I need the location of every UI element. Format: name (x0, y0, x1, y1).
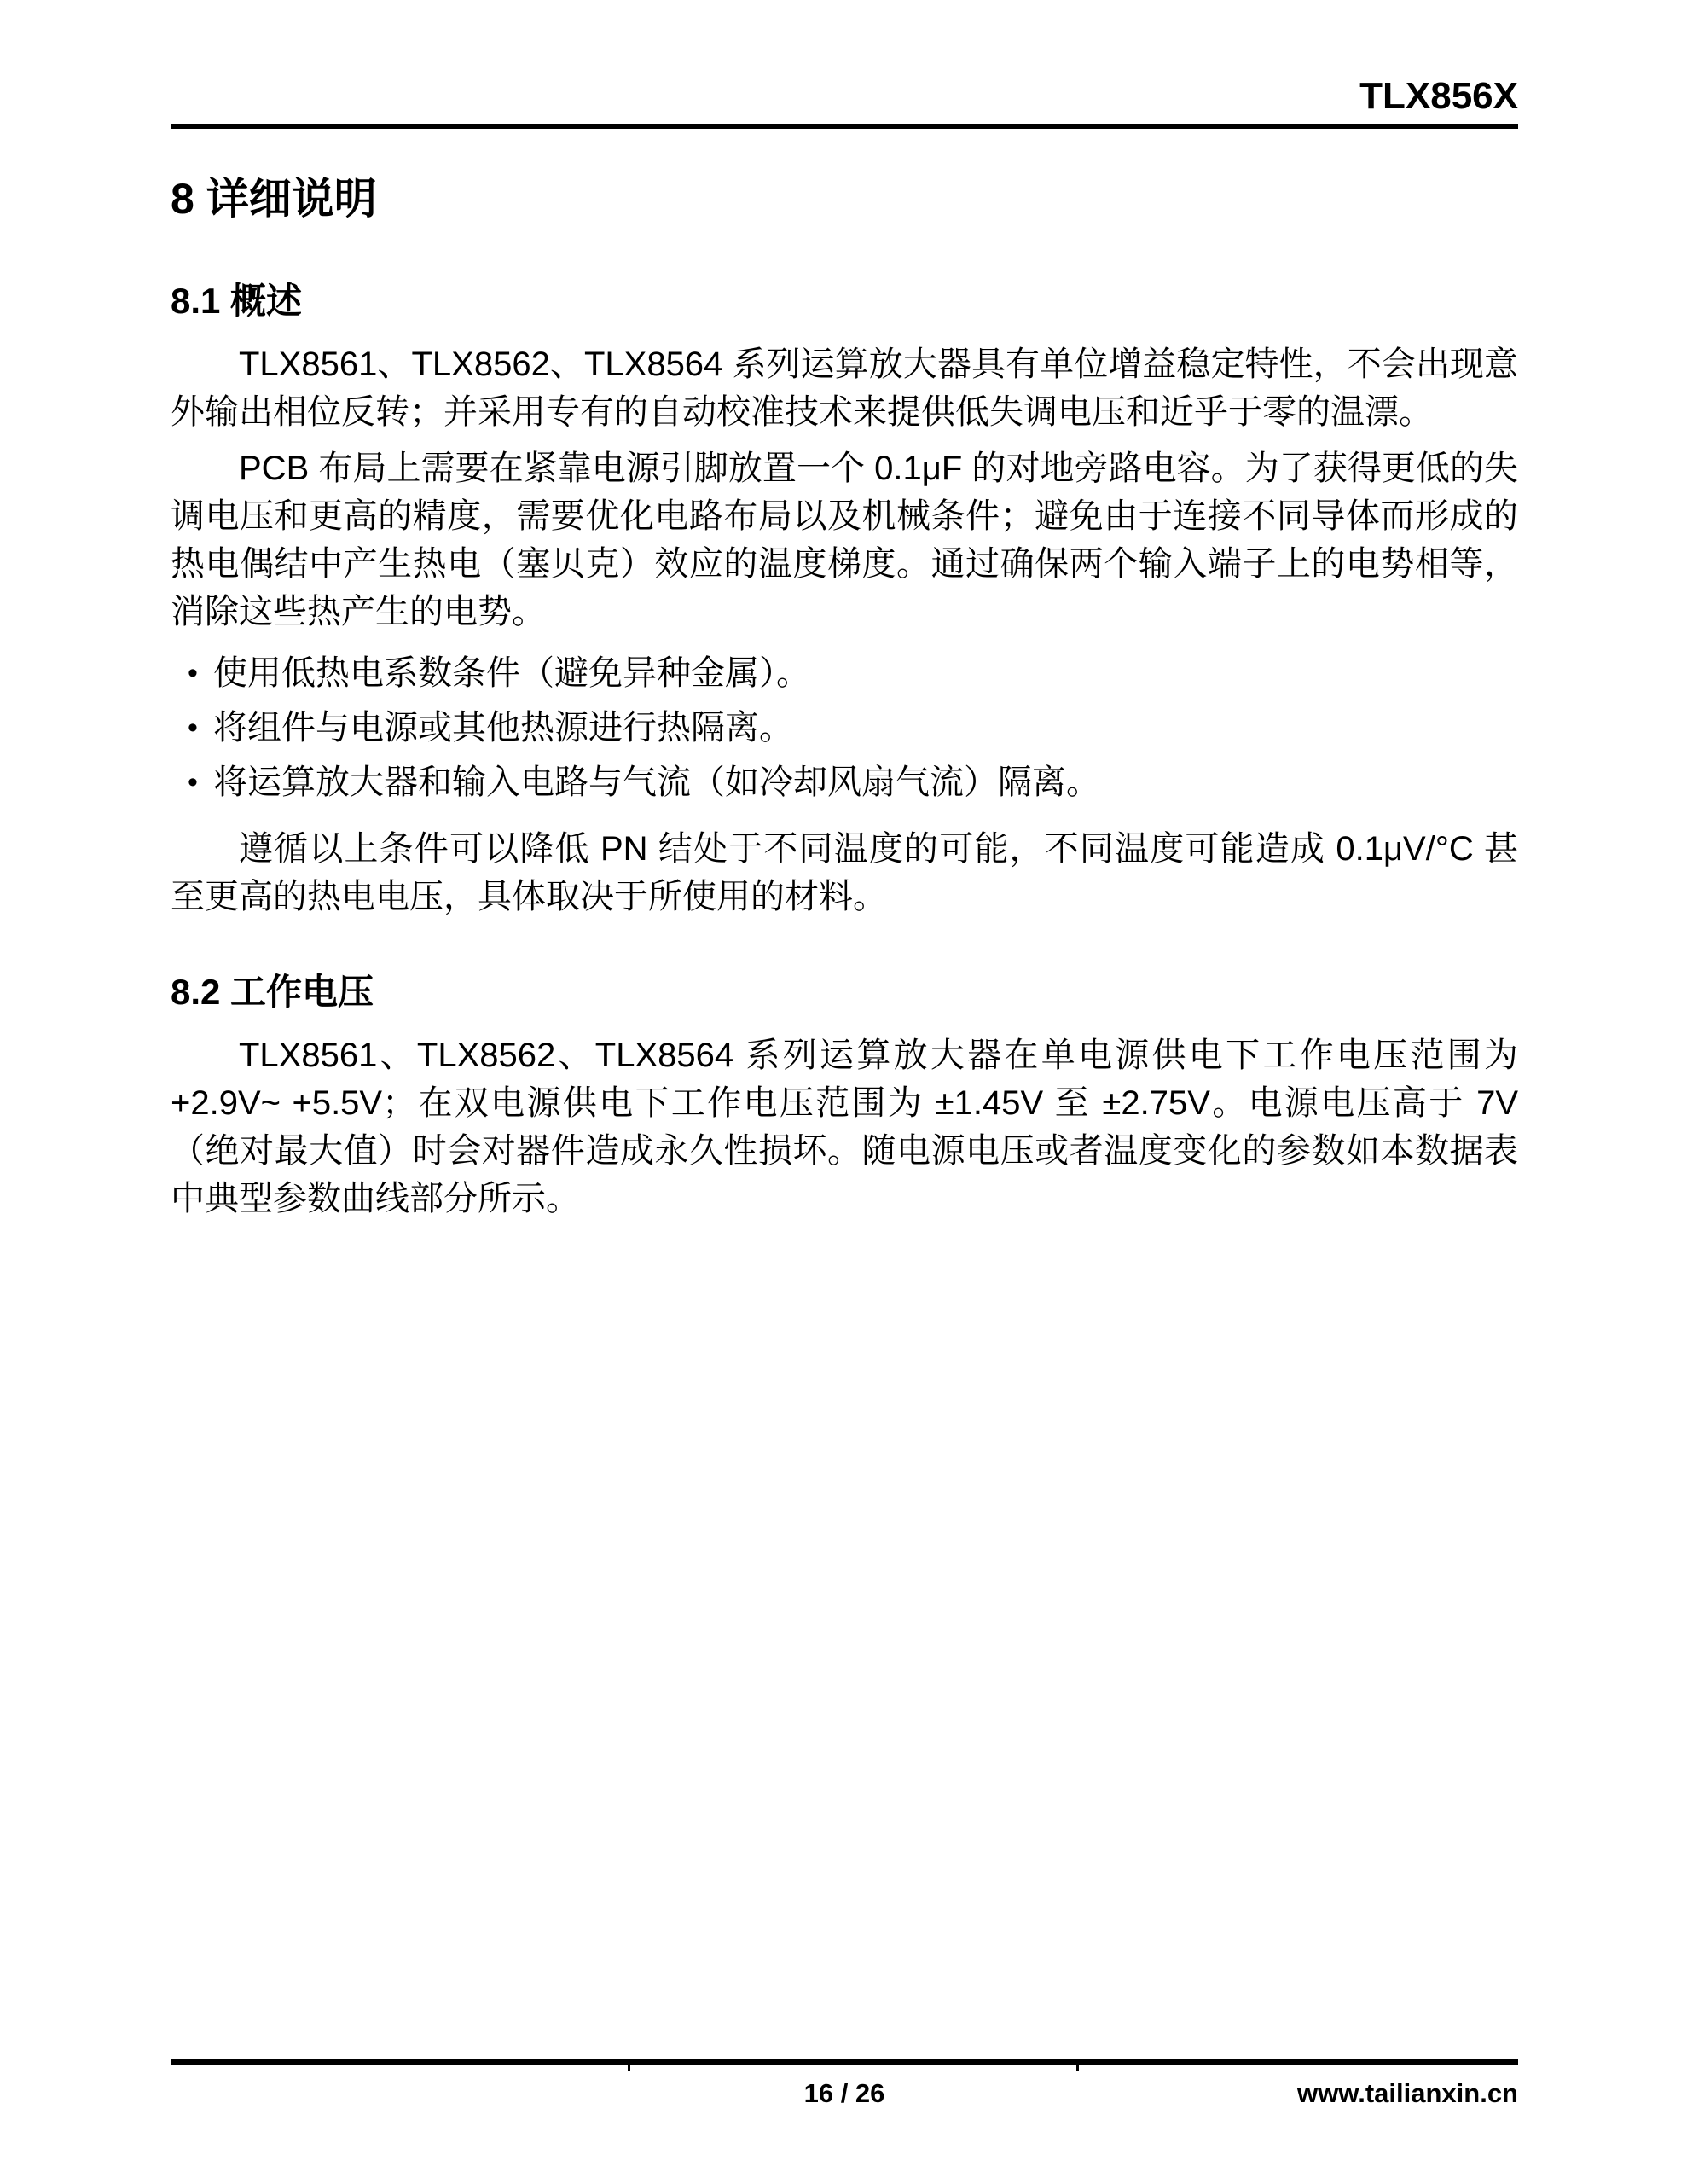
page-content: 8 详细说明 8.1 概述 TLX8561、TLX8562、TLX8564 系列… (171, 129, 1518, 1223)
company-website: www.tailianxin.cn (1297, 2075, 1518, 2112)
bullet-icon: • (188, 758, 198, 806)
overview-paragraph-2: PCB 布局上需要在紧靠电源引脚放置一个 0.1μF 的对地旁路电容。为了获得更… (171, 444, 1518, 636)
bullet-icon: • (188, 704, 198, 752)
list-item: • 将运算放大器和输入电路与气流（如冷却风扇气流）隔离。 (171, 758, 1518, 806)
list-item: • 将组件与电源或其他热源进行热隔离。 (171, 704, 1518, 752)
footer-divider-tick (628, 2065, 630, 2071)
list-item: • 使用低热电系数条件（避免异种金属）。 (171, 649, 1518, 697)
operating-voltage-paragraph: TLX8561、TLX8562、TLX8564 系列运算放大器在单电源供电下工作… (171, 1031, 1518, 1223)
list-item-text: 使用低热电系数条件（避免异种金属）。 (213, 654, 810, 692)
datasheet-page: TLX856X 8 详细说明 8.1 概述 TLX8561、TLX8562、TL… (0, 0, 1687, 2184)
footer-divider-tick (1076, 2065, 1079, 2071)
page-footer: 16 / 26 www.tailianxin.cn (171, 2075, 1518, 2112)
list-item-text: 将运算放大器和输入电路与气流（如冷却风扇气流）隔离。 (213, 764, 1100, 801)
section-heading-operating-voltage: 8.2 工作电压 (171, 972, 1518, 1013)
thermal-guidelines-list: • 使用低热电系数条件（避免异种金属）。 • 将组件与电源或其他热源进行热隔离。… (171, 649, 1518, 806)
overview-paragraph-1: TLX8561、TLX8562、TLX8564 系列运算放大器具有单位增益稳定特… (171, 340, 1518, 436)
document-part-number: TLX856X (1359, 77, 1518, 116)
section-heading-overview: 8.1 概述 (171, 281, 1518, 322)
bullet-icon: • (188, 649, 198, 697)
footer-divider (171, 2059, 1518, 2065)
chapter-heading: 8 详细说明 (171, 175, 1518, 223)
overview-paragraph-3: 遵循以上条件可以降低 PN 结处于不同温度的可能，不同温度可能造成 0.1μV/… (171, 825, 1518, 921)
list-item-text: 将组件与电源或其他热源进行热隔离。 (213, 709, 793, 746)
